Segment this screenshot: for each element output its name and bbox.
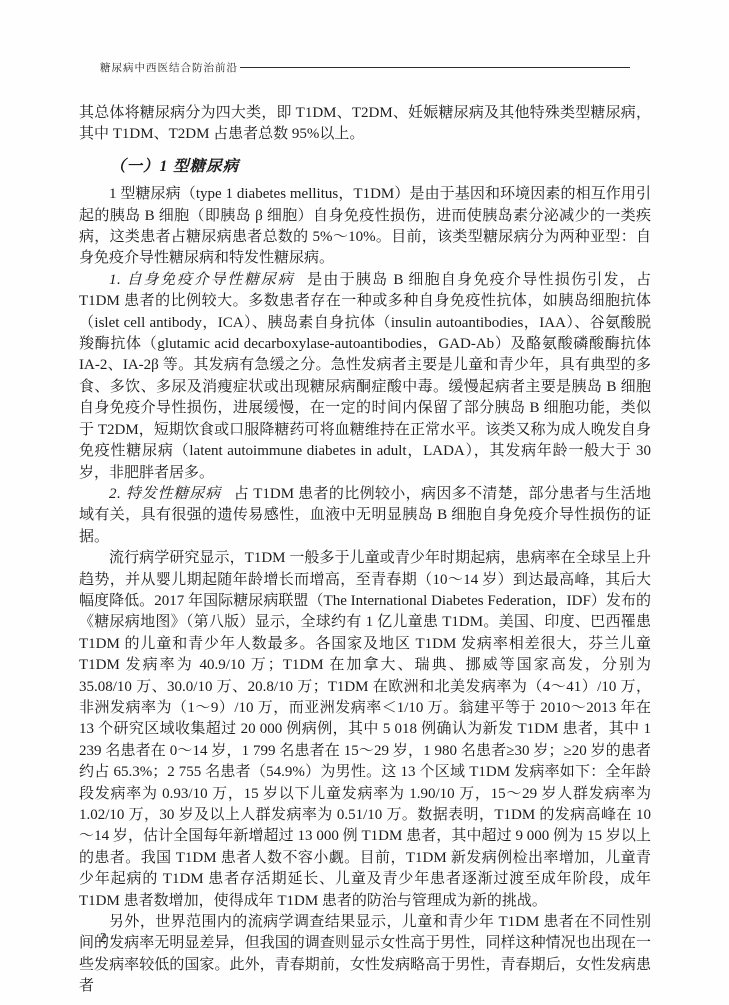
paragraph-epidemiology: 流行病学研究显示，T1DM 一般多于儿童或青少年时期起病，患病率在全球呈上升趋势… xyxy=(79,548,651,912)
paragraph-item-idiopathic: 2. 特发性糖尿病占 T1DM 患者的比例较小，病因多不清楚，部分患者与生活地域… xyxy=(79,484,651,548)
section-heading-type1-diabetes: （一）1 型糖尿病 xyxy=(79,156,651,177)
paragraph-gender-difference: 另外，世界范围内的流病学调查结果显示，儿童和青少年 T1DM 患者在不同性别间的… xyxy=(79,912,651,998)
item-label-idiopathic: 2. 特发性糖尿病 xyxy=(109,486,221,502)
item-text-autoimmune: 是由于胰岛 B 细胞自身免疫介导性损伤引发，占 T1DM 患者的比例较大。多数患… xyxy=(79,272,651,481)
page-body: 其总体将糖尿病分为四大类，即 T1DM、T2DM、妊娠糖尿病及其他特殊类型糖尿病… xyxy=(79,103,651,998)
page-header: 糖尿病中西医结合防治前沿 xyxy=(100,60,630,75)
book-page: 糖尿病中西医结合防治前沿 其总体将糖尿病分为四大类，即 T1DM、T2DM、妊娠… xyxy=(0,0,729,1005)
running-title: 糖尿病中西医结合防治前沿 xyxy=(100,60,238,75)
paragraph-type1-intro: 1 型糖尿病（type 1 diabetes mellitus，T1DM）是由于… xyxy=(79,184,651,270)
header-rule xyxy=(240,67,630,69)
item-label-autoimmune: 1. 自身免疫介导性糖尿病 xyxy=(109,272,294,288)
paragraph-item-autoimmune: 1. 自身免疫介导性糖尿病是由于胰岛 B 细胞自身免疫介导性损伤引发，占 T1D… xyxy=(79,270,651,484)
page-number: 2 xyxy=(100,930,107,946)
paragraph-overview-continuation: 其总体将糖尿病分为四大类，即 T1DM、T2DM、妊娠糖尿病及其他特殊类型糖尿病… xyxy=(79,103,651,146)
